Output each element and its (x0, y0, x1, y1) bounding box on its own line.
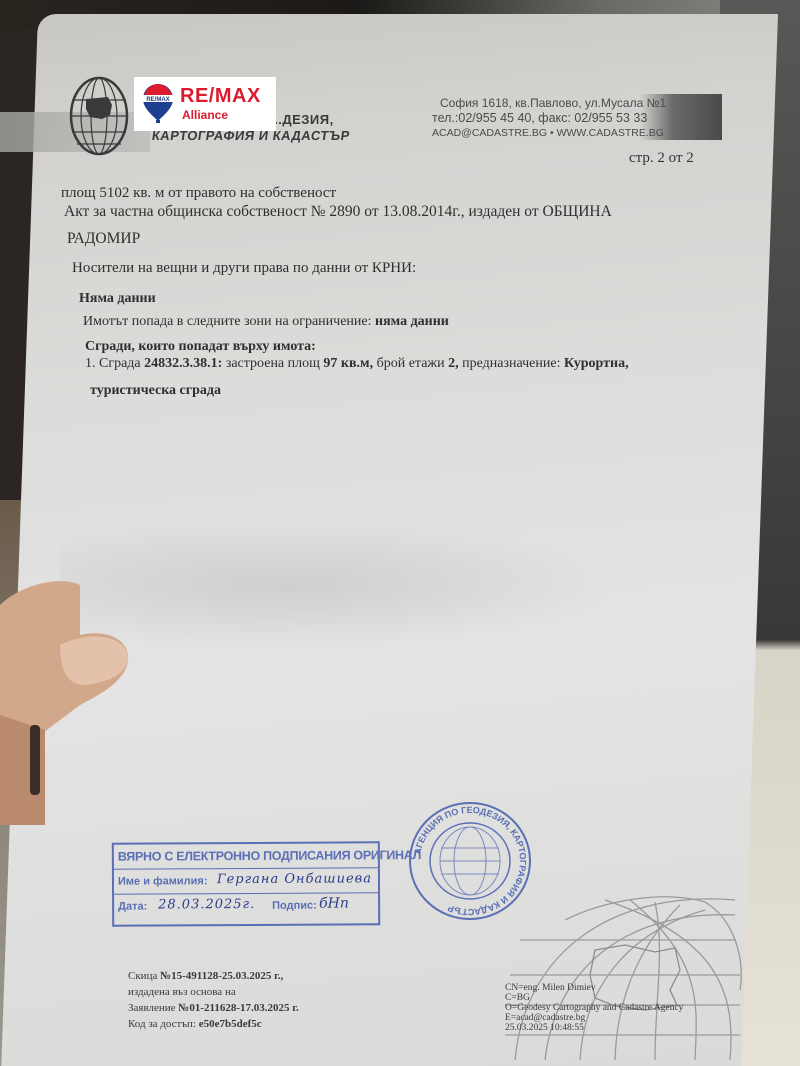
svg-text:RE/MAX: RE/MAX (146, 97, 169, 103)
digital-signature-block: CN=eng. Milen Dimiev C=BG O=Geodesy Cart… (505, 983, 683, 1033)
agency-email-web: ACAD@CADASTRE.BG • WWW.CADASTRE.BG (432, 126, 666, 141)
building-purpose-value: Курортна, (564, 356, 629, 371)
sketch-footer: Скица №15-491128-25.03.2025 г., издадена… (128, 968, 299, 1032)
buildings-heading: Сгради, които попадат върху имота: (85, 339, 316, 355)
signature-timestamp: 25.03.2025 10:48:55 (505, 1023, 683, 1033)
remax-office-name: Alliance (182, 108, 228, 122)
stamp-date-value: 28.03.2025г. (158, 897, 255, 913)
stamp-name-value: Гергана Онбашиева (217, 871, 372, 887)
restriction-zones-value: няма данни (375, 314, 449, 329)
stamp-signature-label: Подпис: (272, 900, 317, 912)
remax-balloon-icon: RE/MAX (142, 83, 174, 125)
sketch-number: №15-491128-25.03.2025 г., (160, 970, 283, 982)
rights-holders-value: Няма данни (79, 291, 156, 307)
agency-globe-logo-icon (68, 75, 130, 157)
body-line-municipal-act: Акт за частна общинска собственост № 289… (64, 203, 612, 221)
application-line: Заявление №01-211628-17.03.2025 г. (128, 1000, 299, 1016)
agency-contact-block: София 1618, кв.Павлово, ул.Мусала №1 тел… (432, 96, 666, 141)
building-area-value: 97 кв.м, (323, 356, 373, 371)
stamp-date-label: Дата: (118, 901, 147, 913)
sketch-number-line: Скица №15-491128-25.03.2025 г., (128, 968, 299, 984)
stamp-signature-value: бНп (319, 895, 349, 911)
page-indicator: стр. 2 от 2 (629, 150, 694, 167)
rights-holders-label: Носители на вещни и други права по данни… (72, 260, 416, 277)
body-line-municipality: РАДОМИР (67, 230, 140, 248)
signature-country: C=BG (505, 993, 683, 1003)
access-code-label: Код за достъп: (128, 1018, 196, 1030)
building-floors-label: брой етажи (377, 356, 445, 371)
sketch-label: Скица (128, 970, 157, 982)
signature-cn: CN=eng. Milen Dimiev (505, 983, 683, 993)
stamp-title: ВЯРНО С ЕЛЕКТРОННО ПОДПИСАНИЯ ОРИГИНАЛ (114, 843, 378, 863)
access-code-value: e50e7b5def5c (199, 1018, 262, 1030)
agency-phone-fax: тел.:02/955 45 40, факс: 02/955 53 33 (432, 111, 666, 126)
agency-address: София 1618, кв.Павлово, ул.Мусала №1 (432, 96, 666, 111)
restriction-zones-line: Имотът попада в следните зони на огранич… (83, 314, 449, 330)
signature-organization: O=Geodesy Cartography and Cadastre Agenc… (505, 1003, 683, 1013)
access-code-line: Код за достъп: e50e7b5def5c (128, 1016, 299, 1032)
restriction-zones-label: Имотът попада в следните зони на огранич… (83, 314, 372, 329)
certification-stamp: ВЯРНО С ЕЛЕКТРОННО ПОДПИСАНИЯ ОРИГИНАЛ И… (112, 841, 380, 926)
bulgaria-globe-watermark-icon (505, 880, 745, 1060)
building-id: 24832.3.38.1: (144, 356, 222, 371)
building-area-label: застроена площ (226, 356, 320, 371)
building-floors-value: 2, (448, 356, 459, 371)
issued-basis: издадена въз основа на (128, 984, 299, 1000)
building-purpose-continued: туристическа сграда (90, 383, 221, 399)
application-label: Заявление (128, 1002, 176, 1014)
agency-name-line1: ...ДЕЗИЯ, (270, 112, 334, 127)
application-number: №01-211628-17.03.2025 г. (178, 1002, 299, 1014)
signature-email: E=acad@cadastre.bg (505, 1013, 683, 1023)
building-entry: 1. Сграда 24832.3.38.1: застроена площ 9… (85, 356, 629, 372)
building-prefix: 1. Сграда (85, 356, 141, 371)
body-line-area: площ 5102 кв. м от правото на собственос… (61, 185, 336, 202)
remax-watermark-logo: RE/MAX RE/MAX Alliance (134, 77, 276, 131)
stamp-name-label: Име и фамилия: (118, 875, 208, 887)
building-purpose-label: предназначение: (462, 356, 560, 371)
remax-brand-name: RE/MAX (180, 85, 261, 108)
